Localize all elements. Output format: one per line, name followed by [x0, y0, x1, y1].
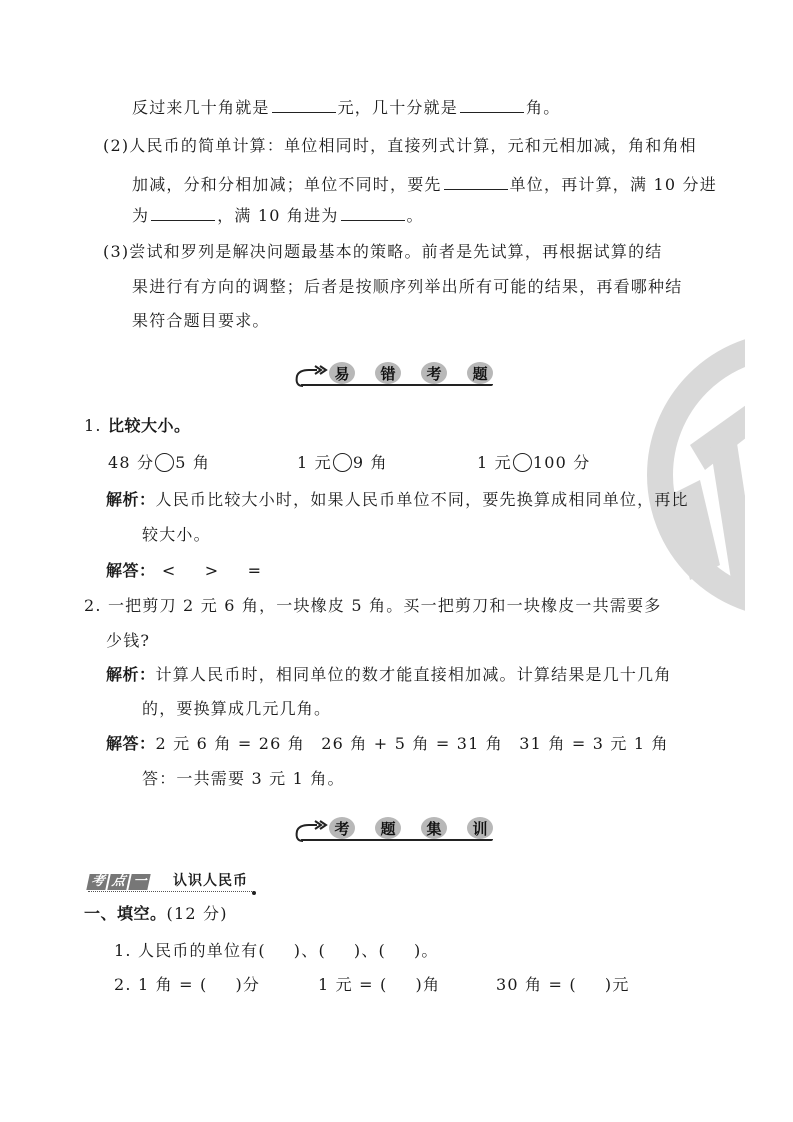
fill-question-2c: 30 角 = ()元: [496, 974, 630, 996]
text: ，满 10 角进为: [217, 206, 338, 225]
knowledge-item-2-line-3: 为，满 10 角进为。: [132, 205, 424, 227]
compare-circle[interactable]: [333, 453, 352, 472]
section-score: (12 分): [167, 904, 228, 923]
text: 尝试和罗列是解决问题最基本的策略。前者是先试算，再根据试算的结: [129, 242, 662, 261]
text: 100 分: [533, 453, 591, 472]
compare-item-3: 1 元100 分: [477, 452, 591, 474]
fill-blank[interactable]: [272, 98, 336, 113]
banner-char: 题: [375, 817, 401, 839]
question-2-final-answer: 答：一共需要 3 元 1 角。: [142, 768, 345, 790]
question-2-answer: 解答：2 元 6 角 = 26 角 26 角 + 5 角 = 31 角 31 角…: [106, 733, 669, 755]
text: 1 元: [477, 453, 512, 472]
fill-blank[interactable]: [341, 206, 405, 221]
banner-char: 考: [421, 362, 447, 384]
question-number: 2.: [84, 596, 102, 615]
fill-blank[interactable]: [460, 98, 524, 113]
question-1-analysis-line-2: 较大小。: [142, 524, 211, 546]
analysis-label: 解析：: [106, 665, 156, 684]
item-label: (2): [103, 136, 129, 155]
section-banner-common-errors: 易 错 考 题: [293, 360, 493, 394]
section-heading: 一、填空。: [84, 904, 167, 923]
fill-blank[interactable]: [151, 206, 215, 221]
banner-char: 集: [421, 817, 447, 839]
answer-symbol: =: [248, 561, 263, 580]
tag-char: 点: [107, 874, 129, 890]
text: )角: [416, 975, 441, 994]
topic-title: 认识人民币: [173, 870, 248, 890]
watermark-seal-icon: [640, 335, 745, 615]
banner-char: 易: [329, 362, 355, 384]
text: 加减，分和分相加减；单位不同时，要先: [132, 175, 442, 194]
answer-label: 解答：: [106, 561, 156, 580]
analysis-label: 解析：: [106, 490, 156, 509]
knowledge-item-3-line-1: (3)尝试和罗列是解决问题最基本的策略。前者是先试算，再根据试算的结: [103, 241, 662, 263]
knowledge-item-2-line-2: 加减，分和分相加减；单位不同时，要先单位，再计算，满 10 分进: [132, 174, 717, 196]
text: 元，几十分就是: [338, 98, 458, 117]
banner-char: 训: [467, 817, 493, 839]
worksheet-page: 反过来几十角就是元，几十分就是角。 (2)人民币的简单计算：单位相同时，直接列式…: [0, 0, 793, 1122]
text: 角。: [526, 98, 560, 117]
text: 反过来几十角就是: [132, 98, 270, 117]
compare-circle[interactable]: [155, 453, 174, 472]
text: )、(: [294, 941, 326, 960]
knowledge-item-2-line-1: (2)人民币的简单计算：单位相同时，直接列式计算，元和元相加减，角和角相: [103, 135, 697, 157]
fill-blank[interactable]: [444, 175, 508, 190]
answer-step: 2 元 6 角 = 26 角: [156, 734, 305, 753]
tag-char: 考: [86, 874, 108, 890]
text: 48 分: [108, 453, 154, 472]
end-dot: [252, 891, 256, 895]
text: 人民币比较大小时，如果人民币单位不同，要先换算成相同单位，再比: [156, 490, 689, 509]
question-2-analysis-line-2: 的，要换算成几元几角。: [142, 698, 331, 720]
fill-question-1: 1. 人民币的单位有()、()、()。: [114, 940, 439, 962]
banner-underline: [301, 839, 493, 841]
question-2-line-2: 少钱?: [106, 630, 150, 652]
knowledge-item-3-line-2: 果进行有方向的调整；后者是按顺序列举出所有可能的结果，再看哪种结: [132, 276, 682, 298]
text: 5 角: [175, 453, 210, 472]
banner-char: 题: [467, 362, 493, 384]
answer-step: 26 角 + 5 角 = 31 角: [321, 734, 503, 753]
section-1-title: 一、填空。(12 分): [84, 903, 228, 925]
fill-question-2b: 1 元 = ()角: [318, 974, 440, 996]
answer-symbol: >: [205, 561, 220, 580]
answer-step: 31 角 = 3 元 1 角: [519, 734, 668, 753]
knowledge-item-3-line-3: 果符合题目要求。: [132, 310, 270, 332]
text: 人民币的简单计算：单位相同时，直接列式计算，元和元相加减，角和角相: [129, 136, 697, 155]
item-label: (3): [103, 242, 129, 261]
knowledge-line-1: 反过来几十角就是元，几十分就是角。: [132, 97, 560, 119]
text: )、(: [354, 941, 386, 960]
text: 1 元 = (: [318, 975, 388, 994]
text: 1 元: [297, 453, 332, 472]
question-1-title: 1. 比较大小。: [84, 415, 190, 437]
text: )元: [605, 975, 630, 994]
text: 一把剪刀 2 元 6 角，一块橡皮 5 角。买一把剪刀和一块橡皮一共需要多: [108, 596, 661, 615]
dotted-underline: [88, 891, 254, 892]
answer-label: 解答：: [106, 734, 156, 753]
fill-question-2a: 2. 1 角 = ()分: [114, 974, 260, 996]
text: 计算人民币时，相同单位的数才能直接相加减。计算结果是几十几角: [156, 665, 672, 684]
section-banner-exam-training: 考 题 集 训: [293, 815, 493, 849]
answer-symbol: <: [162, 561, 177, 580]
question-2-line-1: 2. 一把剪刀 2 元 6 角，一块橡皮 5 角。买一把剪刀和一块橡皮一共需要多: [84, 595, 661, 617]
banner-char: 考: [329, 817, 355, 839]
compare-item-2: 1 元9 角: [297, 452, 388, 474]
text: )分: [235, 975, 260, 994]
compare-circle[interactable]: [513, 453, 532, 472]
question-1-answer: 解答： < > =: [106, 560, 262, 582]
question-2-analysis-line-1: 解析：计算人民币时，相同单位的数才能直接相加减。计算结果是几十几角: [106, 664, 672, 686]
question-number: 1.: [84, 416, 102, 435]
tag-char: 一: [128, 874, 150, 890]
question-1-analysis-line-1: 解析：人民币比较大小时，如果人民币单位不同，要先换算成相同单位，再比: [106, 489, 689, 511]
text: 。: [407, 206, 424, 225]
text: 30 角 = (: [496, 975, 577, 994]
text: 单位，再计算，满 10 分进: [510, 175, 717, 194]
text: 为: [132, 206, 149, 225]
text: 1. 人民币的单位有(: [114, 941, 266, 960]
text: )。: [414, 941, 439, 960]
banner-char: 错: [375, 362, 401, 384]
topic-tag: 考 点 一 认识人民币: [88, 870, 248, 890]
question-title: 比较大小。: [108, 416, 191, 435]
compare-item-1: 48 分5 角: [108, 452, 210, 474]
text: 2. 1 角 = (: [114, 975, 207, 994]
text: 9 角: [353, 453, 388, 472]
banner-underline: [301, 384, 493, 386]
